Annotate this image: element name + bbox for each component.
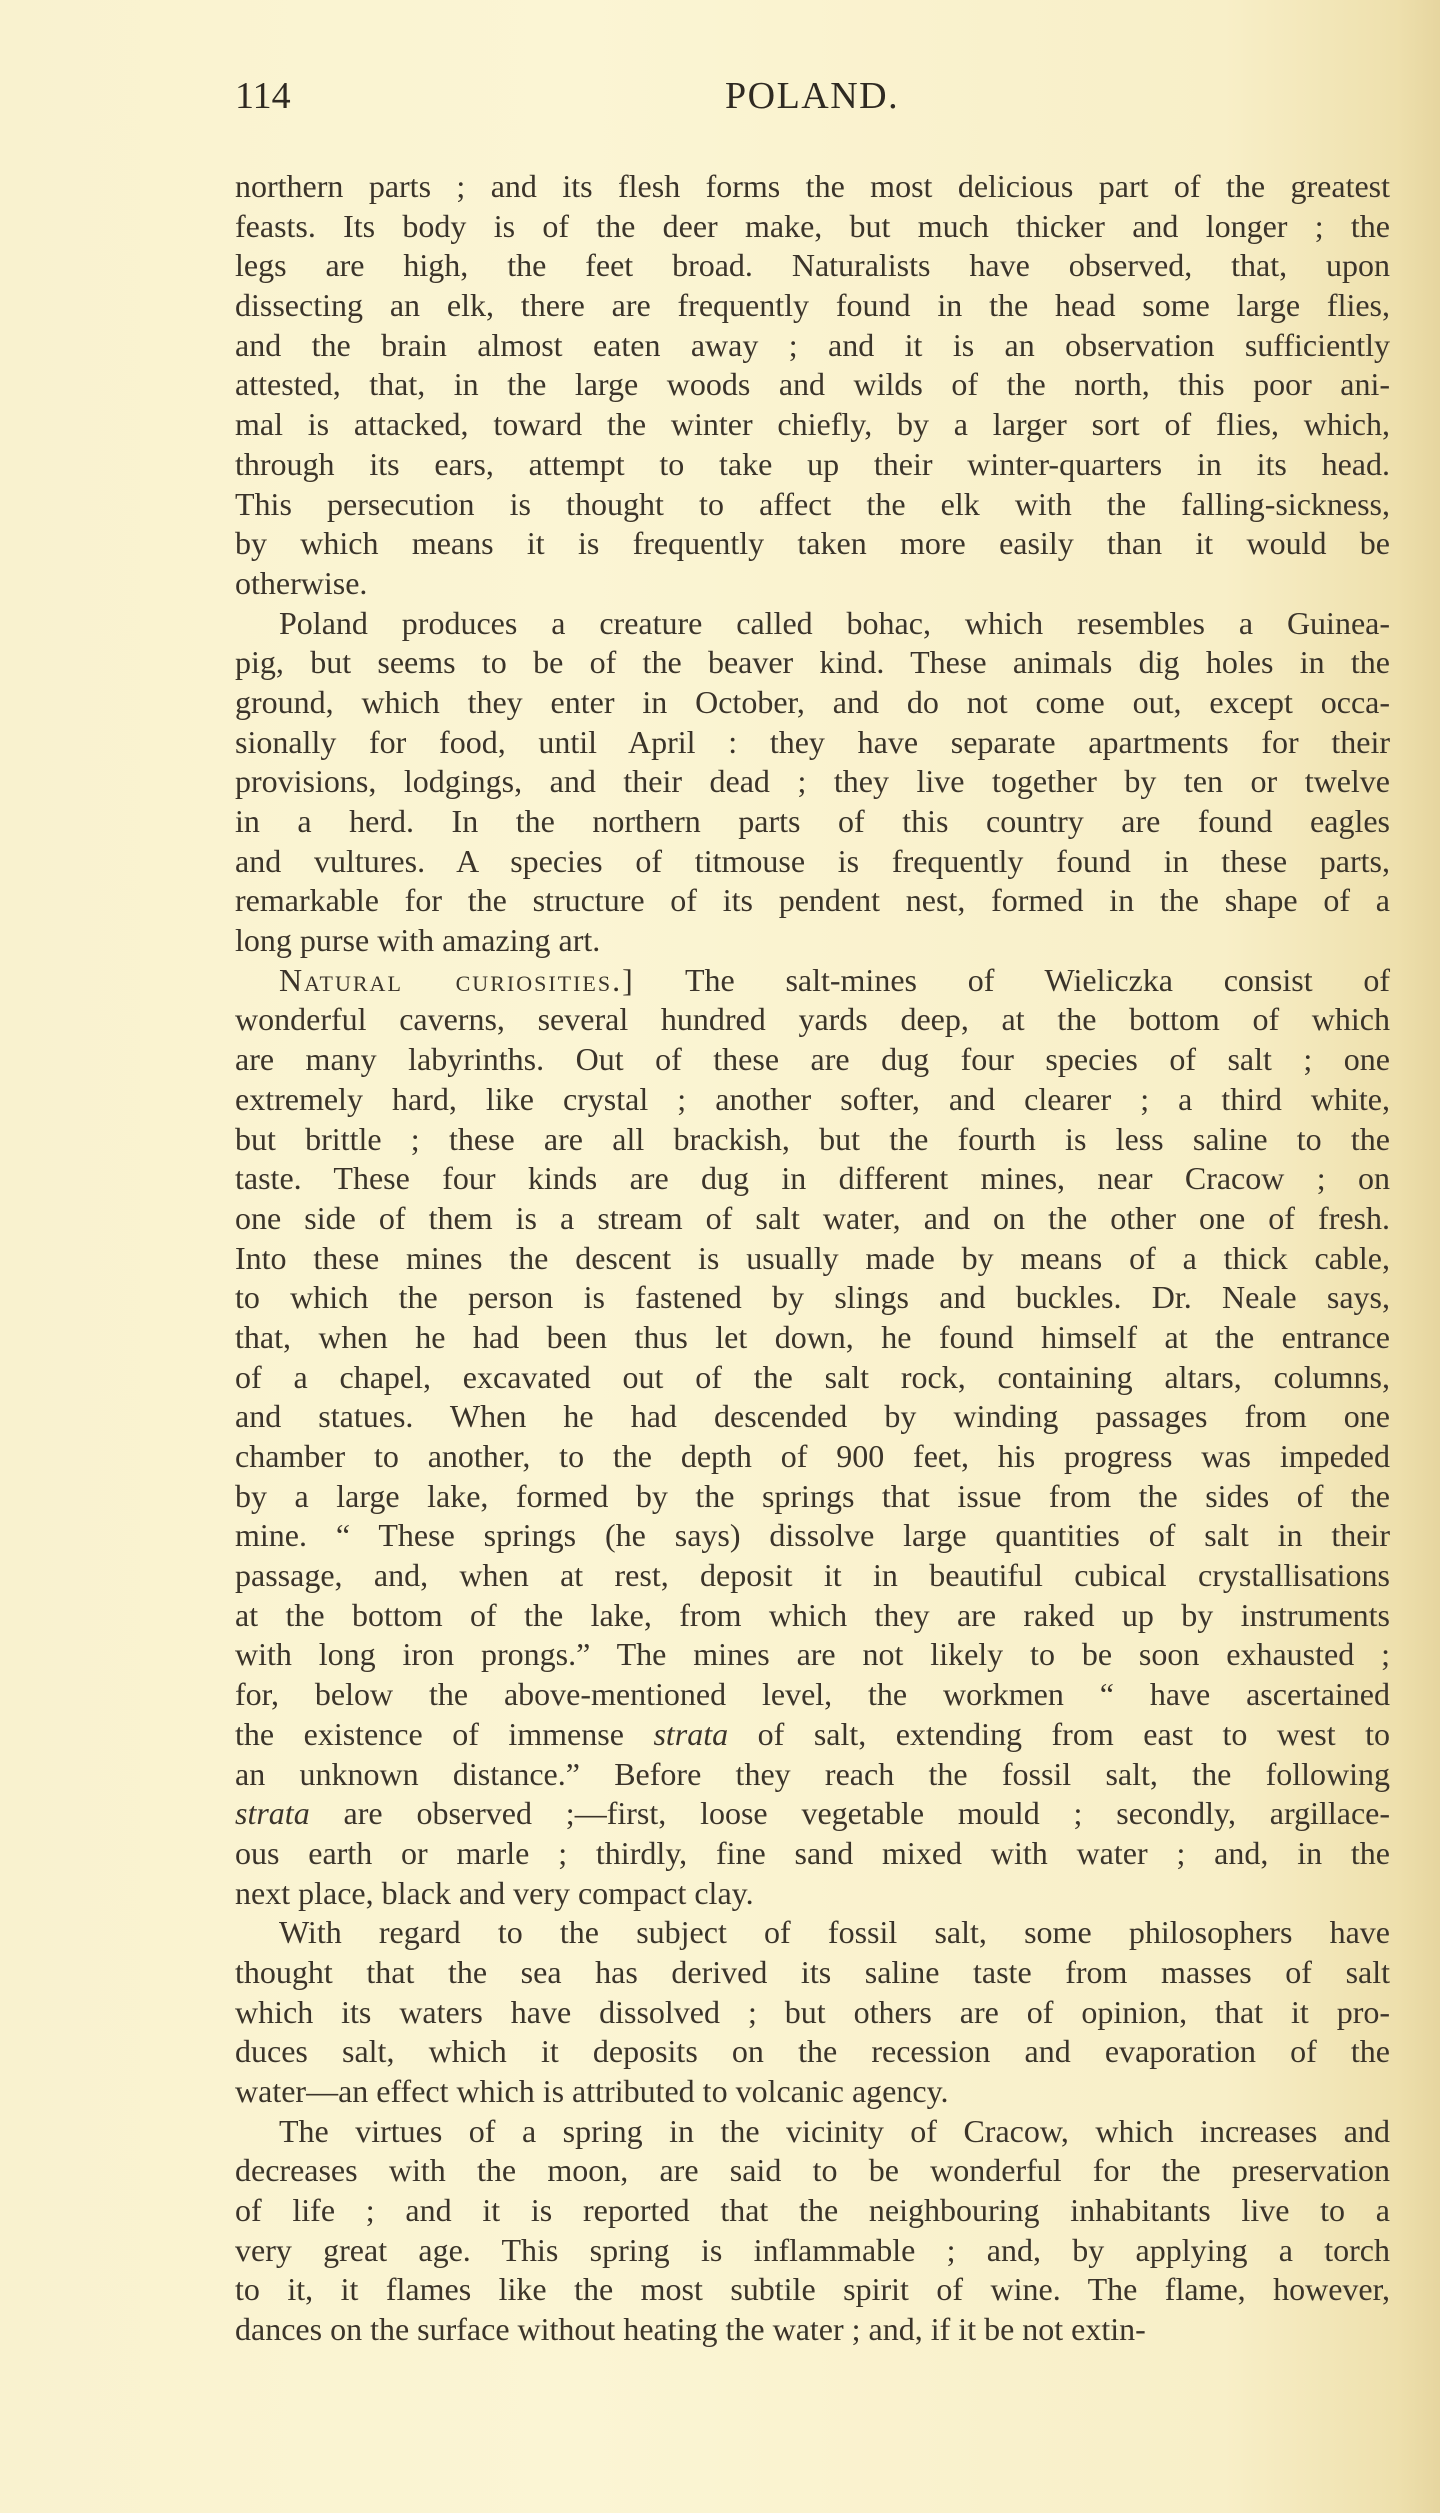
text-line: that, when he had been thus let down, he… — [235, 1318, 1390, 1358]
text-line: northern parts ; and its flesh forms the… — [235, 167, 1390, 207]
text-line: water—an effect which is attributed to v… — [235, 2072, 1390, 2112]
paragraph: Poland produces a creature called bohac,… — [235, 604, 1390, 961]
text-line: with long iron prongs.” The mines are no… — [235, 1635, 1390, 1675]
italic-term: strata — [235, 1795, 310, 1831]
text-line: of life ; and it is reported that the ne… — [235, 2191, 1390, 2231]
text-line: are many labyrinths. Out of these are du… — [235, 1040, 1390, 1080]
paragraph: The virtues of a spring in the vicinity … — [235, 2112, 1390, 2350]
text-line: With regard to the subject of fossil sal… — [235, 1913, 1390, 1953]
text-line: thought that the sea has derived its sal… — [235, 1953, 1390, 1993]
text-line: but brittle ; these are all brackish, bu… — [235, 1120, 1390, 1160]
text-line: and the brain almost eaten away ; and it… — [235, 326, 1390, 366]
text-line: Poland produces a creature called bohac,… — [235, 604, 1390, 644]
text-line: mine. “ These springs (he says) dissolve… — [235, 1516, 1390, 1556]
text-line: dissecting an elk, there are frequently … — [235, 286, 1390, 326]
text-line: taste. These four kinds are dug in diffe… — [235, 1159, 1390, 1199]
text-line: sionally for food, until April : they ha… — [235, 723, 1390, 763]
italic-term: strata — [653, 1716, 728, 1752]
text-line: duces salt, which it deposits on the rec… — [235, 2032, 1390, 2072]
text-line: otherwise. — [235, 564, 1390, 604]
page-number: 114 — [235, 72, 291, 120]
text-line: remarkable for the structure of its pend… — [235, 881, 1390, 921]
text-line: ous earth or marle ; thirdly, fine sand … — [235, 1834, 1390, 1874]
text-line: through its ears, attempt to take up the… — [235, 445, 1390, 485]
text-line: by which means it is frequently taken mo… — [235, 524, 1390, 564]
text-line: ground, which they enter in October, and… — [235, 683, 1390, 723]
text-line: for, below the above-mentioned level, th… — [235, 1675, 1390, 1715]
paragraph: With regard to the subject of fossil sal… — [235, 1913, 1390, 2111]
text-line: and vultures. A species of titmouse is f… — [235, 842, 1390, 882]
body-text: northern parts ; and its flesh forms the… — [235, 167, 1390, 2350]
paragraph: northern parts ; and its flesh forms the… — [235, 167, 1390, 604]
text-line: long purse with amazing art. — [235, 921, 1390, 961]
running-title: POLAND. — [725, 72, 899, 120]
text-line: one side of them is a stream of salt wat… — [235, 1199, 1390, 1239]
text-line: This persecution is thought to affect th… — [235, 485, 1390, 525]
text-line: the existence of immense strata of salt,… — [235, 1715, 1390, 1755]
text-line: strata are observed ;—first, loose veget… — [235, 1794, 1390, 1834]
text-line: dances on the surface without heating th… — [235, 2310, 1390, 2350]
text-line: very great age. This spring is inflammab… — [235, 2231, 1390, 2271]
text-line: to it, it flames like the most subtile s… — [235, 2270, 1390, 2310]
text-line: in a herd. In the northern parts of this… — [235, 802, 1390, 842]
text-line: Natural curiosities.] The salt-mines of … — [235, 961, 1390, 1001]
text-line: mal is attacked, toward the winter chief… — [235, 405, 1390, 445]
text-line: an unknown distance.” Before they reach … — [235, 1755, 1390, 1795]
text-line: feasts. Its body is of the deer make, bu… — [235, 207, 1390, 247]
text-line: decreases with the moon, are said to be … — [235, 2151, 1390, 2191]
text-line: to which the person is fastened by sling… — [235, 1278, 1390, 1318]
text-line: chamber to another, to the depth of 900 … — [235, 1437, 1390, 1477]
text-line: legs are high, the feet broad. Naturalis… — [235, 246, 1390, 286]
text-line: attested, that, in the large woods and w… — [235, 365, 1390, 405]
running-head: 114 POLAND. — [235, 72, 1390, 120]
text-line: The virtues of a spring in the vicinity … — [235, 2112, 1390, 2152]
text-line: wonderful caverns, several hundred yards… — [235, 1000, 1390, 1040]
text-line: extremely hard, like crystal ; another s… — [235, 1080, 1390, 1120]
text-line: next place, black and very compact clay. — [235, 1874, 1390, 1914]
text-line: passage, and, when at rest, deposit it i… — [235, 1556, 1390, 1596]
text-line: of a chapel, excavated out of the salt r… — [235, 1358, 1390, 1398]
text-line: at the bottom of the lake, from which th… — [235, 1596, 1390, 1636]
text-line: provisions, lodgings, and their dead ; t… — [235, 762, 1390, 802]
section-heading: Natural curiosities.] — [279, 962, 635, 998]
text-line: and statues. When he had descended by wi… — [235, 1397, 1390, 1437]
text-line: which its waters have dissolved ; but ot… — [235, 1993, 1390, 2033]
text-line: by a large lake, formed by the springs t… — [235, 1477, 1390, 1517]
book-page: 114 POLAND. northern parts ; and its fle… — [0, 0, 1440, 2513]
text-line: pig, but seems to be of the beaver kind.… — [235, 643, 1390, 683]
paragraph: Natural curiosities.] The salt-mines of … — [235, 961, 1390, 1914]
text-line: Into these mines the descent is usually … — [235, 1239, 1390, 1279]
